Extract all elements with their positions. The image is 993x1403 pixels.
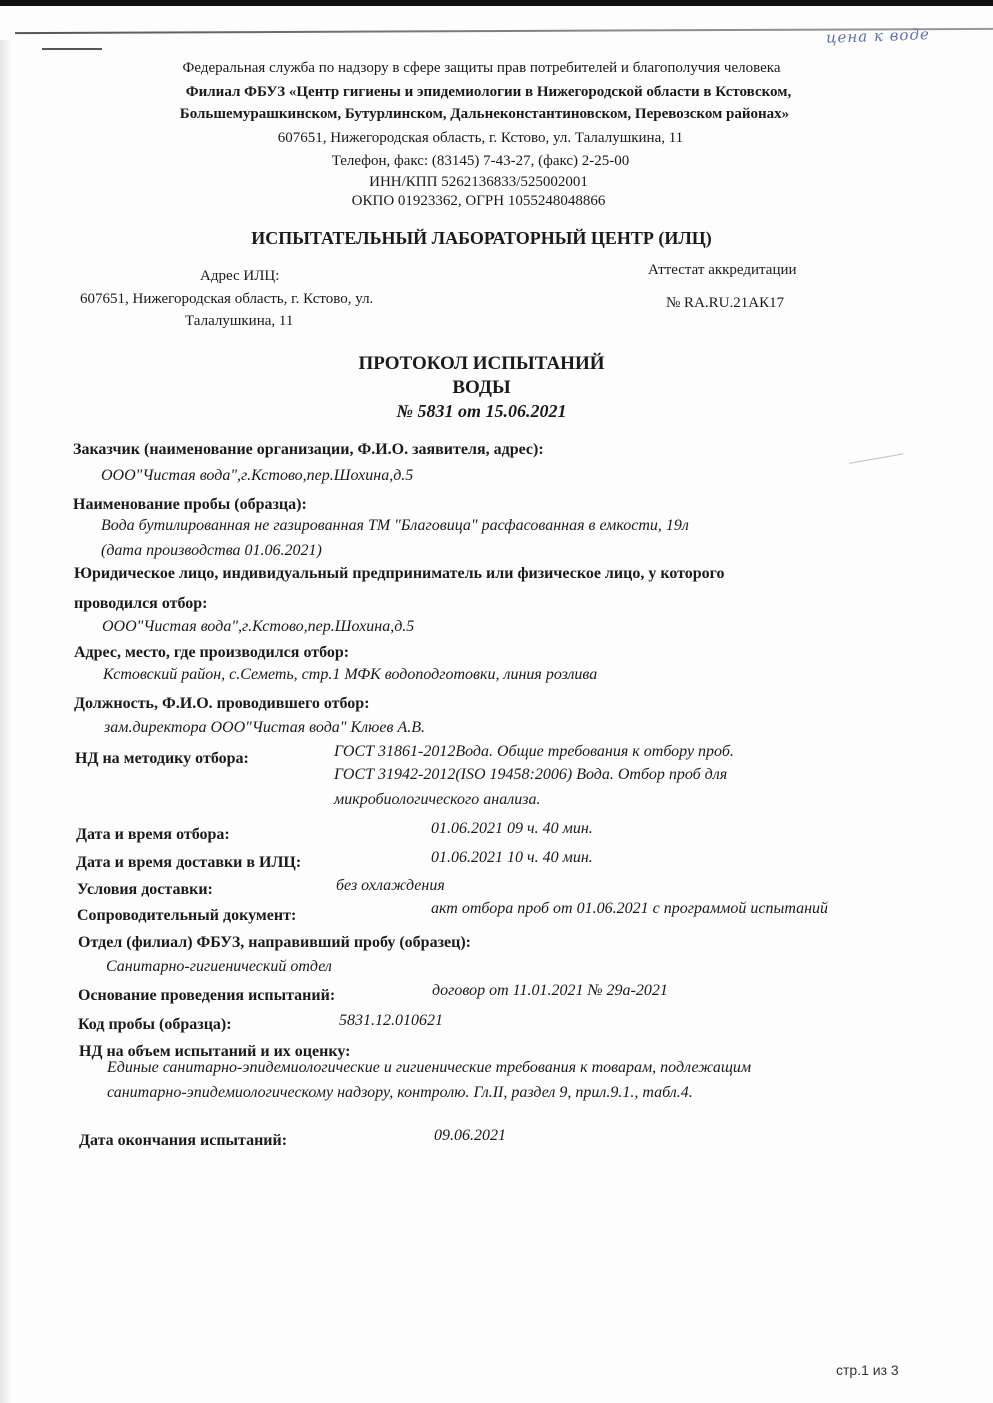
method-value-line3: микробиологического анализа. [334, 790, 540, 810]
method-label: НД на методику отбора: [75, 749, 249, 769]
sampler-value: зам.директора ООО"Чистая вода" Клюев А.В… [104, 718, 425, 738]
protocol-subject: ВОДЫ [0, 376, 978, 400]
customer-label: Заказчик (наименование организации, Ф.И.… [73, 440, 544, 460]
nd-scope-value-line1: Единые санитарно-эпидемиологические и ги… [107, 1058, 751, 1078]
department-value: Санитарно-гигиенический отдел [106, 957, 332, 977]
protocol-number: № 5831 от 15.06.2021 [0, 399, 978, 423]
delivery-datetime-value: 01.06.2021 10 ч. 40 мин. [431, 848, 593, 868]
header-branch-line1: Филиал ФБУЗ «Центр гигиены и эпидемиолог… [0, 82, 985, 102]
protocol-title: ПРОТОКОЛ ИСПЫТАНИЙ [0, 352, 978, 376]
accreditation-label: Аттестат аккредитации [648, 260, 797, 280]
delivery-datetime-label: Дата и время доставки в ИЛЦ: [76, 853, 301, 873]
sample-code-value: 5831.12.010621 [339, 1011, 443, 1031]
sample-name-label: Наименование пробы (образца): [73, 495, 307, 515]
method-value-line2: ГОСТ 31942-2012(ISO 19458:2006) Вода. От… [334, 765, 727, 785]
delivery-conditions-label: Условия доставки: [77, 880, 213, 900]
scan-border-top [0, 0, 993, 6]
lab-title: ИСПЫТАТЕЛЬНЫЙ ЛАБОРАТОРНЫЙ ЦЕНТР (ИЛЦ) [0, 226, 978, 250]
entity-value: ООО"Чистая вода",г.Кстово,пер.Шохина,д.5 [102, 617, 414, 637]
scan-dash-mark [42, 48, 102, 50]
header-agency: Федеральная служба по надзору в сфере за… [0, 58, 978, 78]
basis-value: договор от 11.01.2021 № 29а-2021 [432, 981, 668, 1001]
method-value-line1: ГОСТ 31861-2012Вода. Общие требования к … [334, 742, 734, 762]
delivery-conditions-value: без охлаждения [336, 876, 445, 896]
handwritten-mark [849, 453, 906, 477]
accompanying-doc-value: акт отбора проб от 01.06.2021 с программ… [431, 899, 828, 919]
end-date-label: Дата окончания испытаний: [79, 1131, 287, 1151]
header-inn: ИНН/КПП 5262136833/525002001 [0, 172, 975, 192]
place-value: Кстовский район, с.Семеть, стр.1 МФК вод… [103, 665, 597, 685]
lab-address-line1: 607651, Нижегородская область, г. Кстово… [80, 289, 373, 309]
end-date-value: 09.06.2021 [434, 1126, 506, 1146]
place-label: Адрес, место, где производился отбор: [74, 643, 349, 663]
sample-production-date: (дата производства 01.06.2021) [101, 541, 322, 561]
basis-label: Основание проведения испытаний: [78, 986, 335, 1006]
entity-label-line1: Юридическое лицо, индивидуальный предпри… [74, 564, 725, 584]
sample-name-value: Вода бутилированная не газированная ТМ "… [101, 516, 689, 536]
sampler-label: Должность, Ф.И.О. проводившего отбор: [74, 694, 370, 714]
handwritten-note: цена к воде [826, 25, 930, 47]
sampling-datetime-label: Дата и время отбора: [76, 825, 230, 845]
customer-value: ООО"Чистая вода",г.Кстово,пер.Шохина,д.5 [101, 466, 413, 486]
header-phone: Телефон, факс: (83145) 7-43-27, (факс) 2… [0, 151, 977, 171]
accreditation-number: № RA.RU.21АК17 [666, 293, 784, 313]
accompanying-doc-label: Сопроводительный документ: [77, 906, 296, 926]
lab-address-label: Адрес ИЛЦ: [200, 266, 279, 286]
sample-code-label: Код пробы (образца): [78, 1015, 232, 1035]
entity-label-line2: проводился отбор: [74, 594, 208, 614]
lab-address-line2: Талалушкина, 11 [185, 311, 293, 331]
nd-scope-value-line2: санитарно-эпидемиологическому надзору, к… [107, 1083, 693, 1103]
header-branch-line2: Большемурашкинском, Бутурлинском, Дальне… [0, 104, 981, 124]
header-okpo: ОКПО 01923362, ОГРН 1055248048866 [0, 191, 975, 211]
page-number: стр.1 из 3 [836, 1362, 899, 1378]
department-label: Отдел (филиал) ФБУЗ, направивший пробу (… [78, 933, 471, 953]
header-address: 607651, Нижегородская область, г. Кстово… [0, 128, 977, 148]
sampling-datetime-value: 01.06.2021 09 ч. 40 мин. [431, 819, 593, 839]
